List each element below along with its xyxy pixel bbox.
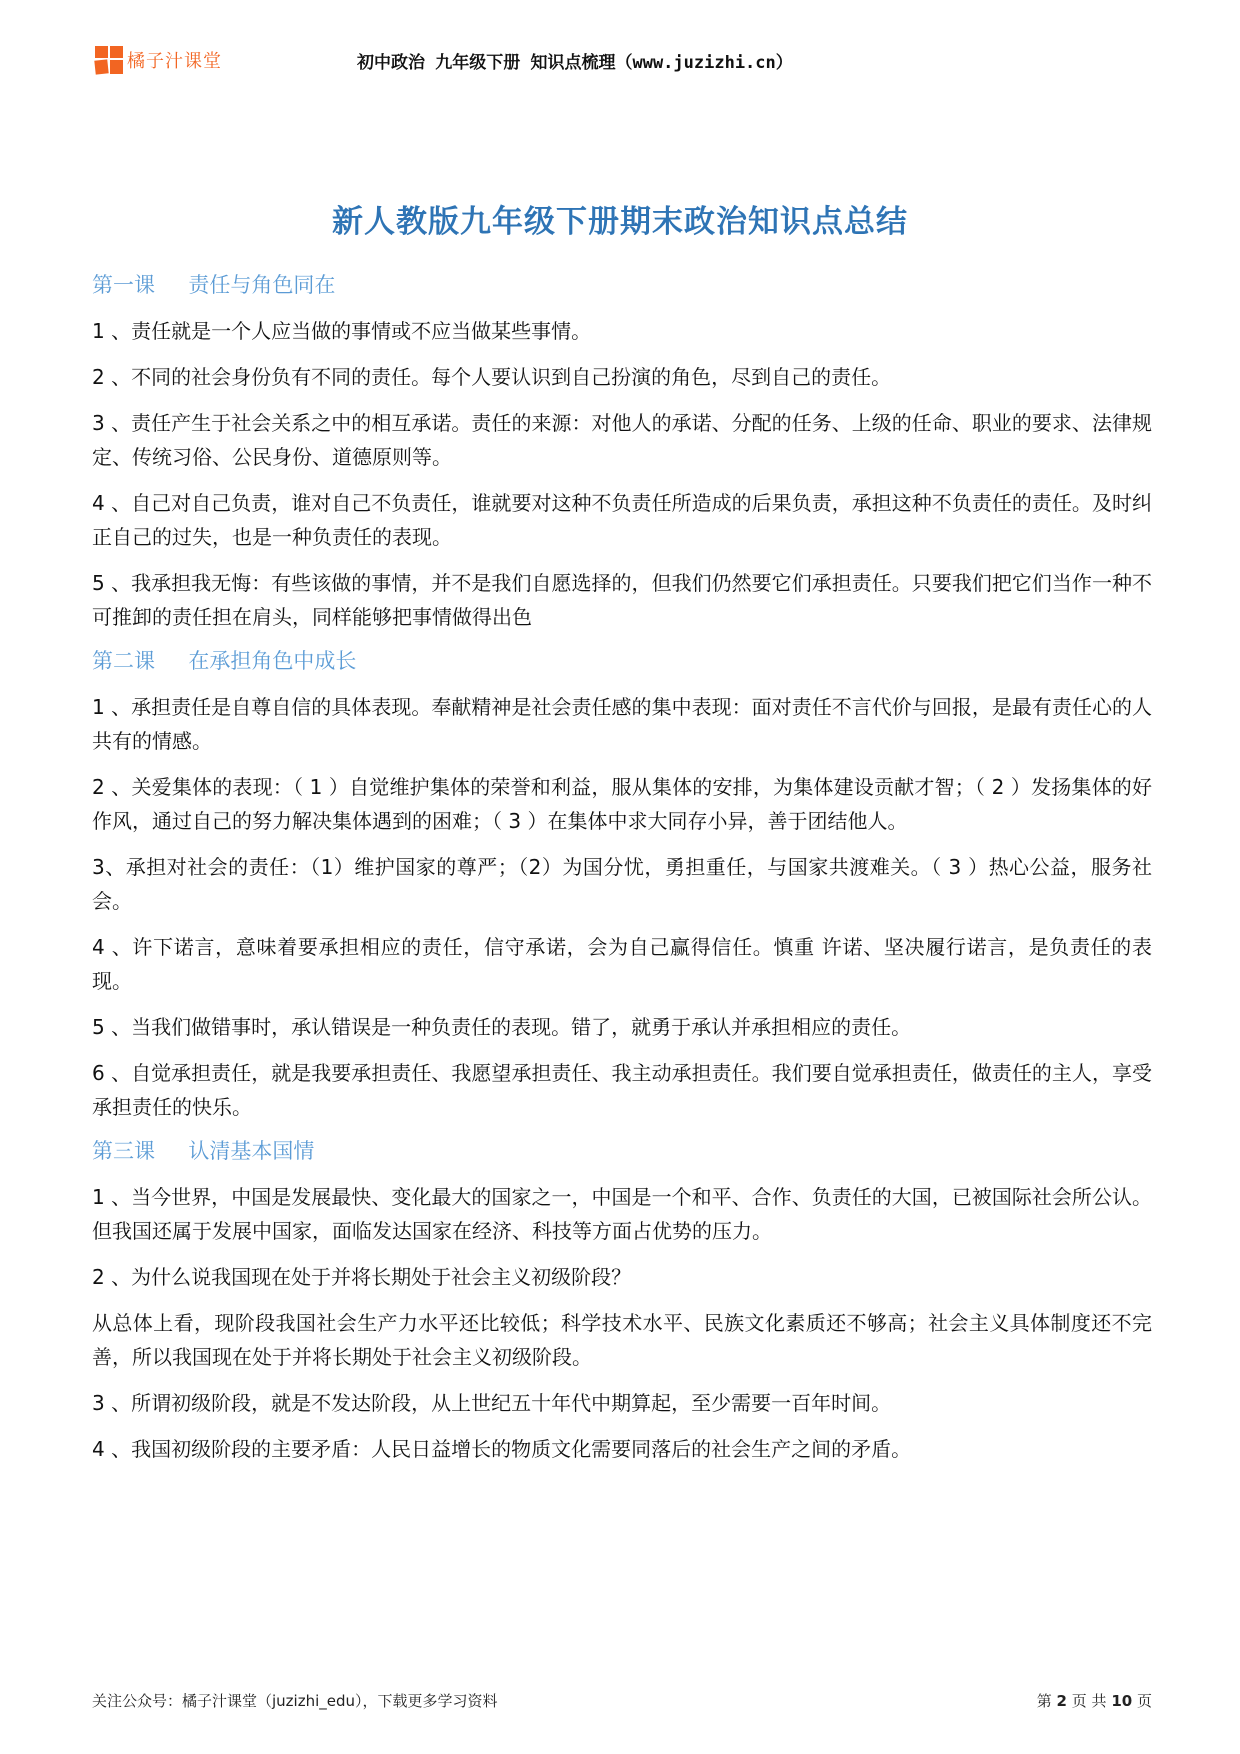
current-page: 2 — [1057, 1692, 1067, 1710]
paragraph: 4 、我国初级阶段的主要矛盾：人民日益增长的物质文化需要同落后的社会生产之间的矛… — [92, 1432, 1152, 1466]
paragraph: 6 、自觉承担责任，就是我要承担责任、我愿望承担责任、我主动承担责任。我们要自觉… — [92, 1056, 1152, 1124]
paragraph: 4 、自己对自己负责，谁对自己不负责任，谁就要对这种不负责任所造成的后果负责，承… — [92, 486, 1152, 554]
footer-promo-text: 关注公众号：橘子汁课堂（juzizhi_edu），下载更多学习资料 — [92, 1690, 498, 1711]
lesson-heading: 第二课 在承担角色中成长 — [92, 646, 1152, 676]
paragraph: 1 、当今世界，中国是发展最快、变化最大的国家之一，中国是一个和平、合作、负责任… — [92, 1180, 1152, 1248]
lesson-heading: 第三课 认清基本国情 — [92, 1136, 1152, 1166]
page-middle: 页 共 — [1072, 1692, 1107, 1710]
paragraph: 2 、为什么说我国现在处于并将长期处于社会主义初级阶段？ — [92, 1260, 1152, 1294]
logo-text: 橘子汁课堂 — [127, 47, 222, 73]
brand-logo: 橘子汁课堂 — [95, 46, 222, 74]
paragraph: 2 、关爱集体的表现：（ 1 ）自觉维护集体的荣誉和利益，服从集体的安排，为集体… — [92, 770, 1152, 838]
paragraph: 3 、所谓初级阶段，就是不发达阶段，从上世纪五十年代中期算起，至少需要一百年时间… — [92, 1386, 1152, 1420]
lesson-heading: 第一课 责任与角色同在 — [92, 270, 1152, 300]
paragraph: 5 、我承担我无悔：有些该做的事情，并不是我们自愿选择的，但我们仍然要它们承担责… — [92, 566, 1152, 634]
paragraph: 4 、许下诺言，意味着要承担相应的责任，信守承诺，会为自己赢得信任。慎重 许诺、… — [92, 930, 1152, 998]
page-header: 橘子汁课堂 初中政治 九年级下册 知识点梳理（www.juzizhi.cn） — [95, 40, 1145, 80]
total-pages: 10 — [1111, 1692, 1132, 1710]
lesson-2: 第二课 在承担角色中成长 1 、承担责任是自尊自信的具体表现。奉献精神是社会责任… — [92, 646, 1152, 1124]
paragraph: 3 、责任产生于社会关系之中的相互承诺。责任的来源：对他人的承诺、分配的任务、上… — [92, 406, 1152, 474]
paragraph: 1 、承担责任是自尊自信的具体表现。奉献精神是社会责任感的集中表现：面对责任不言… — [92, 690, 1152, 758]
header-title: 初中政治 九年级下册 知识点梳理（www.juzizhi.cn） — [357, 48, 793, 73]
document-body: 第一课 责任与角色同在 1 、责任就是一个人应当做的事情或不应当做某些事情。 2… — [92, 270, 1152, 1478]
page-suffix: 页 — [1137, 1692, 1152, 1710]
page-number: 第 2 页 共 10 页 — [1037, 1690, 1152, 1711]
lesson-3: 第三课 认清基本国情 1 、当今世界，中国是发展最快、变化最大的国家之一，中国是… — [92, 1136, 1152, 1466]
paragraph: 1 、责任就是一个人应当做的事情或不应当做某些事情。 — [92, 314, 1152, 348]
page-prefix: 第 — [1037, 1692, 1052, 1710]
paragraph: 从总体上看，现阶段我国社会生产力水平还比较低；科学技术水平、民族文化素质还不够高… — [92, 1306, 1152, 1374]
lesson-1: 第一课 责任与角色同在 1 、责任就是一个人应当做的事情或不应当做某些事情。 2… — [92, 270, 1152, 634]
paragraph: 5 、当我们做错事时，承认错误是一种负责任的表现。错了，就勇于承认并承担相应的责… — [92, 1010, 1152, 1044]
document-title: 新人教版九年级下册期末政治知识点总结 — [0, 196, 1240, 241]
paragraph: 2 、不同的社会身份负有不同的责任。每个人要认识到自己扮演的角色，尽到自己的责任… — [92, 360, 1152, 394]
logo-squares-icon — [95, 46, 123, 74]
paragraph: 3、承担对社会的责任：（1）维护国家的尊严；（2）为国分忧，勇担重任，与国家共渡… — [92, 850, 1152, 918]
